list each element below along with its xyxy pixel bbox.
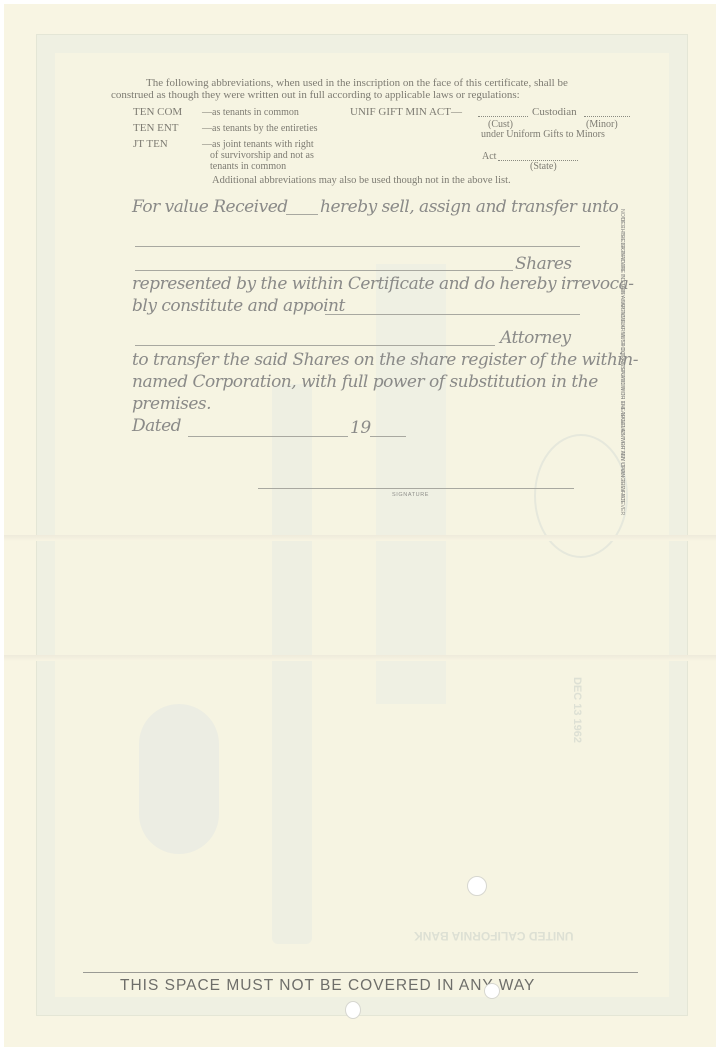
abbr-code-ten-com: TEN COM bbox=[133, 106, 182, 119]
gift-act-dots-1 bbox=[478, 106, 528, 117]
represented-text: represented by the within Certificate an… bbox=[132, 274, 633, 294]
constitute-text: bly constitute and appoint bbox=[132, 296, 345, 316]
dated-label: Dated bbox=[132, 416, 181, 436]
punch-hole bbox=[484, 983, 500, 999]
do-not-cover-warning: THIS SPACE MUST NOT BE COVERED IN ANY WA… bbox=[120, 977, 535, 995]
transfer-text-2: named Corporation, with full power of su… bbox=[132, 372, 598, 392]
abbr-meaning-ten-ent: —as tenants by the entireties bbox=[202, 122, 318, 135]
appoint-line[interactable] bbox=[325, 314, 580, 315]
year-prefix: 19 bbox=[350, 418, 371, 438]
footer-rule bbox=[83, 972, 638, 973]
fold-crease bbox=[4, 535, 716, 541]
punch-hole bbox=[467, 876, 487, 896]
notice-line-2: OF THIS CERTIFICATE IN EVERY PARTICULAR … bbox=[618, 217, 626, 507]
show-through-date-stamp: DEC 13 1962 bbox=[571, 677, 583, 743]
attorney-label: Attorney bbox=[500, 328, 571, 348]
gift-act-state-label: (State) bbox=[530, 160, 557, 173]
for-value-received: For value Received bbox=[132, 197, 288, 217]
abbr-code-jt-ten: JT TEN bbox=[133, 138, 168, 151]
abbreviations-intro-2: construed as though they were written ou… bbox=[111, 89, 520, 102]
punch-hole bbox=[345, 1001, 361, 1019]
abbr-meaning-jt-ten-3: tenants in common bbox=[210, 160, 286, 173]
shares-label: Shares bbox=[515, 254, 572, 274]
abbr-code-ten-ent: TEN ENT bbox=[133, 122, 179, 135]
show-through-vignette bbox=[376, 264, 446, 704]
gift-act-act-label: Act bbox=[482, 150, 496, 163]
shares-count-line[interactable] bbox=[135, 270, 513, 271]
gift-act-dots-2 bbox=[584, 106, 630, 117]
premises-text: premises. bbox=[132, 394, 211, 414]
gift-act-custodian: Custodian bbox=[532, 106, 577, 119]
certificate-back: UNITED CALIFORNIA BANK DEC 13 1962 bbox=[4, 4, 716, 1047]
assignor-name-line[interactable] bbox=[286, 214, 318, 215]
signature-notice: NOTICE: THE SIGNATURE TO THIS ASSIGNMENT… bbox=[598, 215, 626, 505]
show-through-oval bbox=[139, 704, 219, 854]
signature-label: SIGNATURE bbox=[392, 492, 429, 498]
abbreviations-additional: Additional abbreviations may also be use… bbox=[212, 174, 511, 187]
assignee-name-line[interactable] bbox=[135, 246, 580, 247]
date-line[interactable] bbox=[188, 436, 348, 437]
attorney-name-line[interactable] bbox=[135, 345, 495, 346]
fold-crease bbox=[4, 655, 716, 661]
gift-act-label: UNIF GIFT MIN ACT— bbox=[350, 106, 462, 119]
show-through-corporation-name bbox=[272, 384, 312, 944]
gift-act-under: under Uniform Gifts to Minors bbox=[481, 128, 605, 141]
abbr-meaning-ten-com: —as tenants in common bbox=[202, 106, 299, 119]
transfer-text-1: to transfer the said Shares on the share… bbox=[132, 350, 638, 370]
year-line[interactable] bbox=[370, 436, 406, 437]
signature-line[interactable] bbox=[258, 488, 574, 489]
show-through-bank: UNITED CALIFORNIA BANK bbox=[414, 929, 574, 943]
hereby-sell-assign: hereby sell, assign and transfer unto bbox=[320, 197, 618, 217]
